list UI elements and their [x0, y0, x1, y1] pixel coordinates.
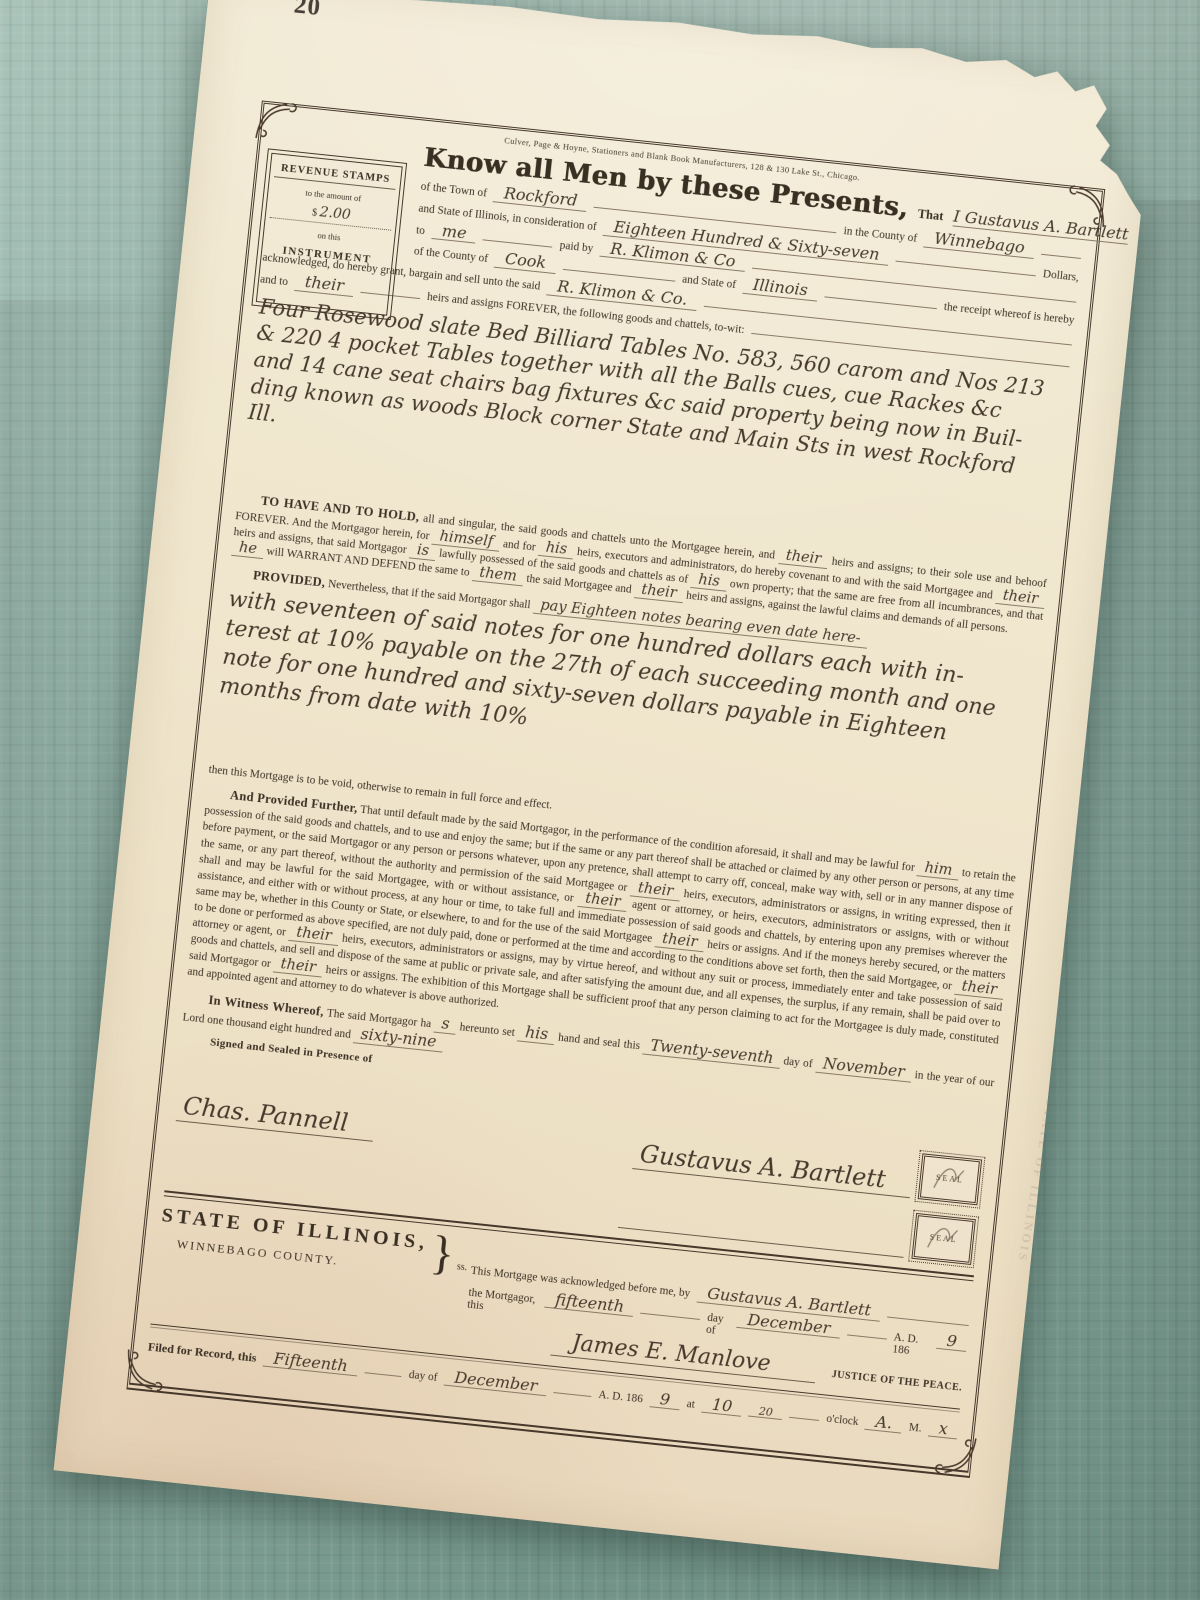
blank-rule	[887, 1304, 970, 1325]
handwritten-superscript: 20	[748, 1404, 783, 1420]
handwritten-entry: 9	[649, 1390, 681, 1411]
handwritten-entry: A.	[865, 1413, 903, 1435]
handwritten-entry: Fifteenth	[263, 1349, 359, 1377]
mortgage-document: 20 STATE OF ILLINOIS Culver, Page & Hoyn…	[54, 0, 1157, 1570]
handwritten-entry: me	[431, 222, 477, 244]
handwritten-entry: their	[778, 547, 829, 569]
venue-brace: }	[429, 1230, 456, 1275]
printed-text: of the County of	[413, 246, 488, 266]
printed-text: A. D. 186	[598, 1388, 644, 1405]
corner-flourish-icon	[929, 1431, 980, 1482]
handwritten-entry: November	[815, 1054, 912, 1083]
handwritten-entry: 9	[936, 1331, 968, 1352]
page-number: 20	[293, 0, 323, 22]
seal-flourish-icon	[917, 1216, 969, 1259]
corner-flourish-icon	[1060, 180, 1111, 231]
seal-flourish-icon	[923, 1157, 975, 1200]
blank-rule	[789, 1405, 820, 1421]
printed-text: PROVIDED,	[252, 569, 326, 591]
handwritten-entry: Cook	[494, 250, 557, 274]
title-that-label: That	[917, 207, 944, 225]
dollar-sign: $	[312, 207, 318, 218]
blank-signature-line	[618, 1215, 904, 1258]
blank-rule	[640, 1300, 701, 1319]
justice-title: JUSTICE OF THE PEACE.	[831, 1369, 963, 1394]
ink-bleed-text: STATE OF ILLINOIS	[1014, 1098, 1058, 1264]
handwritten-entry: him	[917, 860, 960, 881]
handwritten-entry: December	[444, 1368, 549, 1396]
handwritten-entry: his	[691, 571, 728, 592]
blank-rule	[847, 1322, 888, 1339]
revenue-instrument-label: INSTRUMENT	[266, 242, 389, 267]
printed-text: and for	[502, 538, 536, 553]
photo-background: 20 STATE OF ILLINOIS Culver, Page & Hoyn…	[0, 0, 1200, 1600]
printed-text: A. D. 186	[892, 1331, 930, 1359]
printed-text: of the Town of	[420, 181, 487, 200]
revenue-stamps-box: REVENUE STAMPS to the amount of $ 2.00 o…	[256, 153, 403, 316]
printed-text: day of	[408, 1369, 438, 1384]
printed-text: hereunto set	[459, 1021, 515, 1039]
handwritten-entry: Illinois	[742, 276, 818, 302]
printed-text: the Mortgagor, this	[467, 1286, 539, 1317]
handwritten-entry: he	[231, 539, 265, 559]
seal-stamp: SEAL	[911, 1213, 975, 1265]
handwritten-entry: their	[995, 587, 1046, 609]
handwritten-entry: s	[434, 1013, 458, 1034]
corner-flourish-icon	[121, 1346, 172, 1397]
blank-rule	[554, 1380, 593, 1397]
blank-rule	[483, 227, 554, 247]
printed-text: to	[416, 224, 426, 237]
handwritten-entry: 10	[701, 1395, 743, 1417]
printed-text: day of	[706, 1311, 732, 1337]
document-frame: Culver, Page & Hoyne, Stationers and Bla…	[126, 100, 1105, 1478]
printed-text: Dollars,	[1042, 268, 1079, 284]
corner-flourish-icon	[253, 95, 304, 146]
printed-text: o'clock	[826, 1412, 859, 1427]
printed-text: paid by	[559, 239, 594, 254]
handwritten-entry: fifteenth	[544, 1290, 634, 1317]
blank-rule	[364, 1360, 403, 1377]
handwritten-entry: is	[409, 542, 437, 562]
handwritten-entry: sixty-nine	[353, 1024, 444, 1052]
printed-text: and State of	[682, 274, 737, 292]
blank-rule	[1041, 242, 1082, 259]
printed-text: day of	[783, 1055, 813, 1070]
witness-signature: Chas. Pannell	[176, 1093, 375, 1142]
ss-label: ss.	[456, 1261, 467, 1273]
revenue-amount-value: 2.00	[319, 204, 352, 223]
printed-text: M.	[908, 1421, 922, 1434]
handwritten-entry: his	[517, 1022, 556, 1045]
handwritten-entry: his	[538, 539, 575, 560]
handwritten-entry: Twenty-seventh	[643, 1035, 782, 1068]
seal-stamp: SEAL	[918, 1153, 982, 1205]
printed-text: hand and seal this	[558, 1031, 641, 1052]
printed-text: at	[686, 1398, 695, 1411]
document-paper: 20 STATE OF ILLINOIS Culver, Page & Hoyn…	[54, 0, 1157, 1570]
